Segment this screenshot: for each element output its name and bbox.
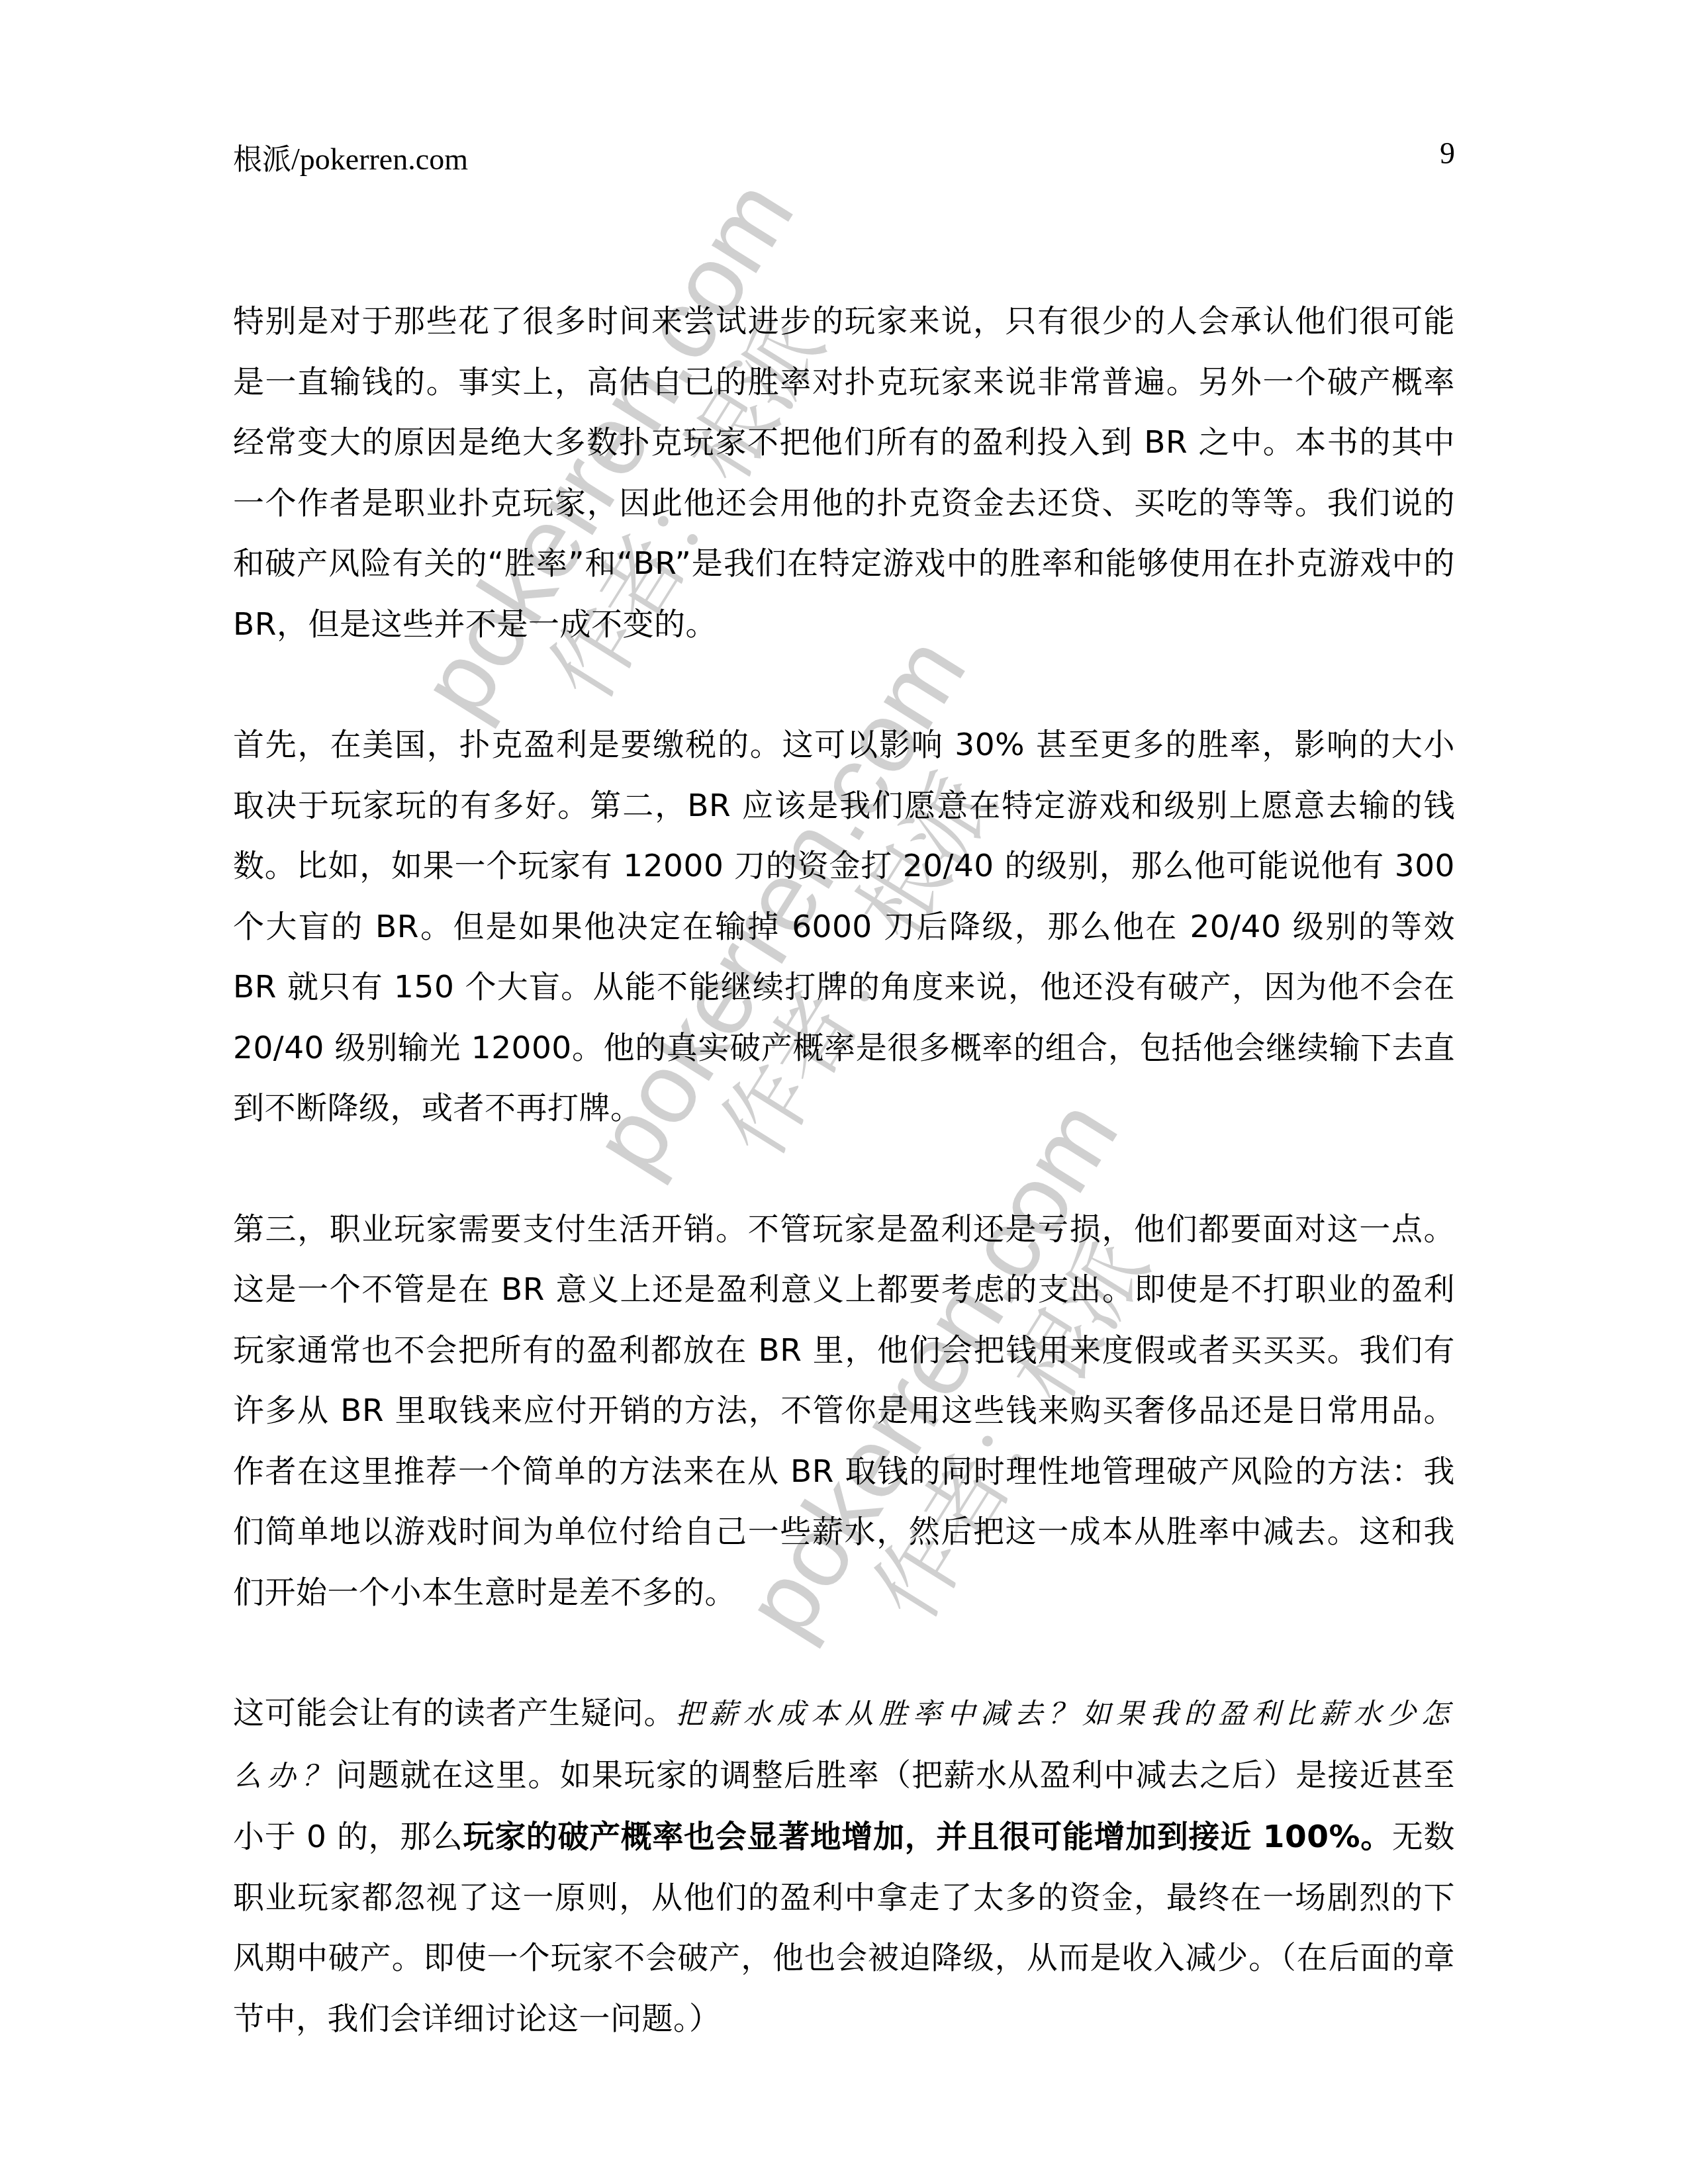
running-header-site: 根派/pokerren.com (233, 136, 468, 178)
paragraph-2: 首先，在美国，扑克盈利是要缴税的。这可以影响 30% 甚至更多的胜率，影响的大小… (233, 715, 1455, 1139)
paragraph-1: 特别是对于那些花了很多时间来尝试进步的玩家来说，只有很少的人会承认他们很可能是一… (233, 291, 1455, 655)
page: 根派/pokerren.com 9 特别是对于那些花了很多时间来尝试进步的玩家来… (0, 0, 1688, 2184)
paragraph-4: 这可能会让有的读者产生疑问。把薪水成本从胜率中减去？如果我的盈利比薪水少怎么办？… (233, 1683, 1455, 2049)
site-name-url: /pokerren.com (291, 142, 468, 176)
page-header: 根派/pokerren.com 9 (233, 136, 1455, 175)
body-text: 特别是对于那些花了很多时间来尝试进步的玩家来说，只有很少的人会承认他们很可能是一… (233, 291, 1455, 2109)
emphasis-ruin-probability: 玩家的破产概率也会显著地增加，并且很可能增加到接近 100%。 (463, 1819, 1392, 1855)
paragraph-3: 第三，职业玩家需要支付生活开销。不管玩家是盈利还是亏损，他们都要面对这一点。这是… (233, 1199, 1455, 1623)
paragraph-4-intro: 这可能会让有的读者产生疑问。 (233, 1695, 675, 1731)
site-name-cjk: 根派 (233, 143, 291, 177)
page-number: 9 (1440, 136, 1455, 171)
